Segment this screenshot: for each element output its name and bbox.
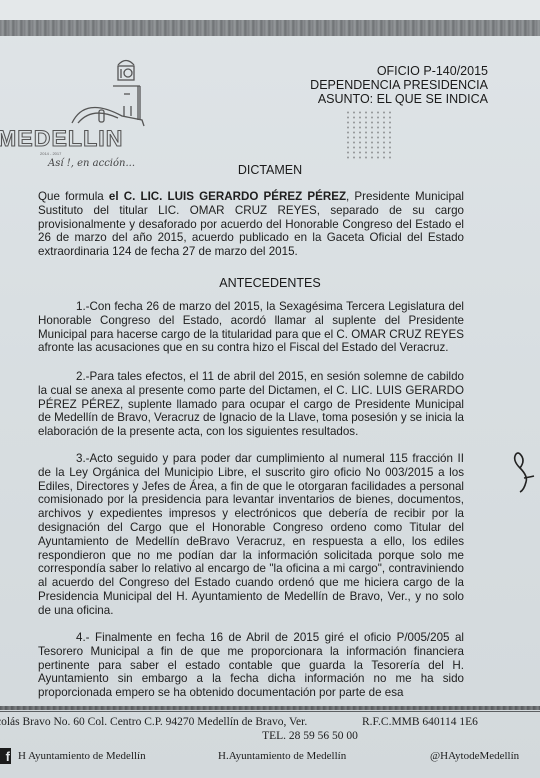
clock-tower-logo-icon bbox=[0, 48, 160, 173]
social-facebook: H Ayuntamiento de Medellín bbox=[18, 750, 146, 762]
oficio-number: OFICIO P-140/2015 bbox=[310, 64, 488, 78]
paragraph-2: 2.-Para tales efectos, el 11 de abril de… bbox=[38, 370, 464, 439]
footer-address: colás Bravo No. 60 Col. Centro C.P. 9427… bbox=[0, 716, 307, 728]
dependencia: DEPENDENCIA PRESIDENCIA bbox=[310, 78, 488, 92]
intro-paragraph: Que formula el C. LIC. LUIS GERARDO PÉRE… bbox=[38, 190, 464, 259]
asunto: ASUNTO: EL QUE SE INDICA bbox=[310, 92, 488, 106]
document-header: OFICIO P-140/2015 DEPENDENCIA PRESIDENCI… bbox=[310, 64, 488, 106]
footer-rfc: R.F.C.MMB 640114 1E6 bbox=[362, 716, 478, 728]
footer-rule bbox=[0, 706, 540, 710]
paragraph-1: 1.-Con fecha 26 de marzo del 2015, la Se… bbox=[38, 300, 464, 355]
logo-wordmark: MEDELLIN bbox=[0, 126, 123, 152]
footer-telephone: TEL. 28 59 56 50 00 bbox=[40, 730, 540, 742]
medellin-logo: MEDELLIN 2014 - 2017 Así !, en acción... bbox=[0, 48, 160, 173]
intro-name: el C. LIC. LUIS GERARDO PÉREZ PÉREZ bbox=[109, 190, 346, 203]
signature-mark-icon bbox=[510, 450, 536, 496]
document-title: DICTAMEN bbox=[0, 163, 540, 177]
antecedentes-heading: ANTECEDENTES bbox=[0, 276, 540, 290]
social-page: H.Ayuntamiento de Medellín bbox=[218, 750, 346, 762]
paragraph-4: 4.- Finalmente en fecha 16 de Abril de 2… bbox=[38, 631, 464, 700]
document-page: MEDELLIN 2014 - 2017 Así !, en acción...… bbox=[0, 0, 540, 778]
intro-lead: Que formula bbox=[38, 190, 109, 203]
top-margin bbox=[0, 0, 540, 20]
facebook-icon: f bbox=[0, 748, 11, 764]
paragraph-3: 3.-Acto seguido y para poder dar cumplim… bbox=[38, 452, 464, 618]
social-twitter: @HAytodeMedellín bbox=[430, 750, 519, 762]
footer-rule-thin bbox=[0, 711, 540, 712]
logo-period: 2014 - 2017 bbox=[40, 151, 61, 156]
header-band bbox=[0, 20, 540, 36]
ink-stamp bbox=[345, 110, 395, 160]
